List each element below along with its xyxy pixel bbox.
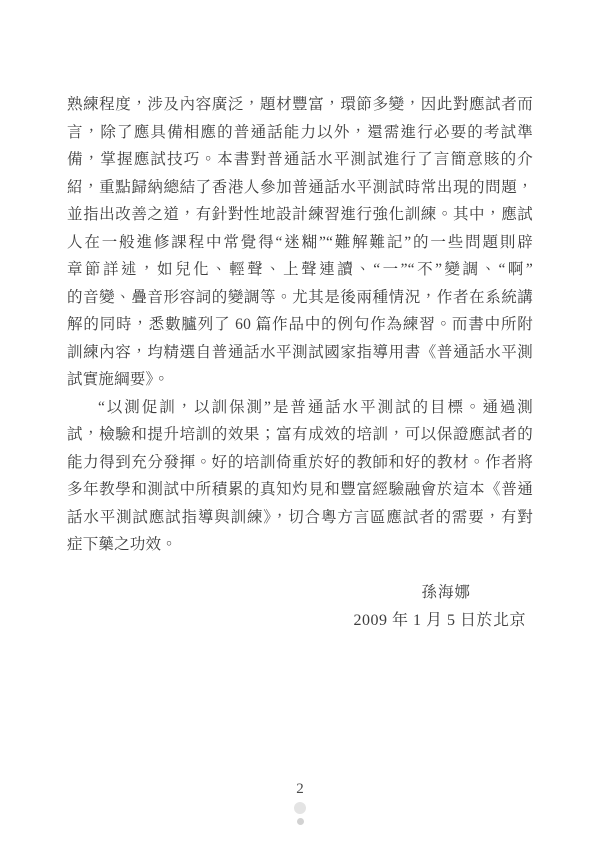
body-line: 熟練程度，涉及內容廣泛，題材豐富，環節多變，因此對應試者而 <box>67 91 533 119</box>
body-line: 言，除了應具備相應的普通話能力以外，還需進行必要的考試準 <box>67 119 533 147</box>
body-line: 章節詳述，如兒化、輕聲、上聲連讀、“一”“不”變調、“啊” <box>67 256 533 284</box>
author-name: 孫海娜 <box>67 579 533 607</box>
body-line: 試實施綱要》。 <box>67 366 533 394</box>
body-line: 訓練內容，均精選自普通話水平測試國家指導用書《普通話水平測 <box>67 339 533 367</box>
body-line: 備，掌握應試技巧。本書對普通話水平測試進行了言簡意賅的介 <box>67 146 533 174</box>
page-body: 熟練程度，涉及內容廣泛，題材豐富，環節多變，因此對應試者而 言，除了應具備相應的… <box>67 91 533 559</box>
body-line: 的音變、疊音形容詞的變調等。尤其是後兩種情況，作者在系統講 <box>67 284 533 312</box>
page-number: 2 <box>0 779 600 799</box>
footer-dot-small <box>297 818 304 825</box>
body-line: 並指出改善之道，有針對性地設計練習進行強化訓練。其中，應試 <box>67 201 533 229</box>
body-line: 話水平測試應試指導與訓練》，切合粵方言區應試者的需要，有對 <box>67 504 533 532</box>
body-line: 解的同時，悉數臚列了 60 篇作品中的例句作為練習。而書中所附 <box>67 311 533 339</box>
signature-date: 2009 年 1 月 5 日於北京 <box>67 607 533 635</box>
body-line: 能力得到充分發揮。好的培訓倚重於好的教師和好的教材。作者將 <box>67 449 533 477</box>
body-line: 症下藥之功效。 <box>67 531 533 559</box>
body-line: 紹，重點歸納總結了香港人參加普通話水平測試時常出現的問題， <box>67 174 533 202</box>
footer-dot-large <box>294 802 306 814</box>
body-line: 多年教學和測試中所積累的真知灼見和豐富經驗融會於這本《普通 <box>67 476 533 504</box>
body-line: 試，檢驗和提升培訓的效果；富有成效的培訓，可以保證應試者的 <box>67 421 533 449</box>
body-line: 人在一般進修課程中常覺得“迷糊”“難解難記”的一些問題則辟 <box>67 229 533 257</box>
book-page: 熟練程度，涉及內容廣泛，題材豐富，環節多變，因此對應試者而 言，除了應具備相應的… <box>0 0 600 851</box>
body-line: “以測促訓，以訓保測”是普通話水平測試的目標。通過測 <box>67 394 533 422</box>
